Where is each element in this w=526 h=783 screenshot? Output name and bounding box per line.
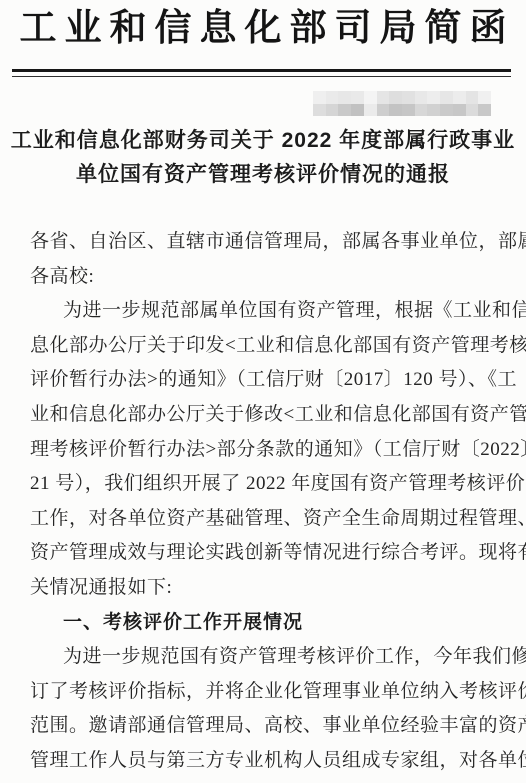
body-line: 息化部办公厅关于印发<工业和信息化部国有资产管理考核: [30, 329, 500, 364]
redaction-pixel: [389, 91, 402, 104]
body-line: 理考核评价暂行办法>部分条款的通知》（工信厅财〔2022〕: [30, 433, 500, 468]
redaction-pixel: [326, 104, 339, 117]
redaction-pixel: [427, 104, 440, 117]
redaction-pixel: [466, 104, 479, 117]
body-line: 评价暂行办法>的通知》（工信厅财〔2017〕120 号）、《工: [30, 363, 500, 398]
redaction-pixel: [440, 104, 453, 117]
body-line: 范围。邀请部通信管理局、高校、事业单位经验丰富的资产: [30, 709, 500, 744]
redaction-pixel: [415, 104, 428, 117]
document-title: 工业和信息化部财务司关于 2022 年度部属行政事业 单位国有资产管理考核评价情…: [0, 124, 526, 192]
divider-thick-line: [12, 69, 511, 72]
document-title-line-2: 单位国有资产管理考核评价情况的通报: [0, 158, 526, 192]
body-line: 为进一步规范部属单位国有资产管理，根据《工业和信: [30, 294, 500, 329]
body-line: 21 号），我们组织开展了 2022 年度国有资产管理考核评价: [30, 467, 500, 502]
redaction-pixel: [364, 104, 377, 117]
section-heading: 一、考核评价工作开展情况: [30, 606, 500, 641]
redaction-pixel: [377, 104, 390, 117]
letterhead-title: 工业和信息化部司局简函: [0, 7, 526, 51]
redaction-pixel: [389, 104, 402, 117]
body-line: 资产管理成效与理论实践创新等情况进行综合考评。现将有: [30, 536, 500, 571]
redaction-pixel: [478, 91, 491, 104]
redaction-pixel: [453, 91, 466, 104]
redaction-pixel: [402, 104, 415, 117]
divider-thin-line: [12, 76, 511, 77]
redaction-pixel: [427, 91, 440, 104]
redacted-document-number: [313, 91, 491, 116]
body-line: 各高校:: [30, 260, 500, 295]
redaction-pixel: [402, 91, 415, 104]
redaction-pixel: [415, 91, 428, 104]
body-line: 各省、自治区、直辖市通信管理局，部属各事业单位，部属: [30, 225, 500, 260]
redaction-pixel: [351, 91, 364, 104]
redaction-pixel: [313, 91, 326, 104]
body-line: 管理工作人员与第三方专业机构人员组成专家组，对各单位: [30, 744, 500, 779]
body-line: 为进一步规范国有资产管理考核评价工作，今年我们修: [30, 640, 500, 675]
redaction-pixel: [478, 104, 491, 117]
redaction-pixel: [364, 91, 377, 104]
redaction-pixel: [466, 91, 479, 104]
letterhead-divider: [12, 69, 511, 77]
body-line: 关情况通报如下:: [30, 571, 500, 606]
document-body: 各省、自治区、直辖市通信管理局，部属各事业单位，部属各高校:为进一步规范部属单位…: [30, 225, 500, 779]
redaction-pixel: [453, 104, 466, 117]
redaction-row: [313, 104, 491, 117]
redaction-row: [313, 91, 491, 104]
redaction-pixel: [377, 91, 390, 104]
document-page: 工业和信息化部司局简函 工业和信息化部财务司关于 2022 年度部属行政事业 单…: [0, 0, 526, 783]
redaction-pixel: [338, 104, 351, 117]
redaction-pixel: [440, 91, 453, 104]
document-title-line-1: 工业和信息化部财务司关于 2022 年度部属行政事业: [0, 124, 526, 158]
body-line: 业和信息化部办公厅关于修改<工业和信息化部国有资产管: [30, 398, 500, 433]
redaction-pixel: [351, 104, 364, 117]
redaction-pixel: [338, 91, 351, 104]
redaction-pixel: [313, 104, 326, 117]
body-line: 工作，对各单位资产基础管理、资产全生命周期过程管理、: [30, 502, 500, 537]
redaction-pixel: [326, 91, 339, 104]
body-line: 订了考核评价指标，并将企业化管理事业单位纳入考核评价: [30, 675, 500, 710]
